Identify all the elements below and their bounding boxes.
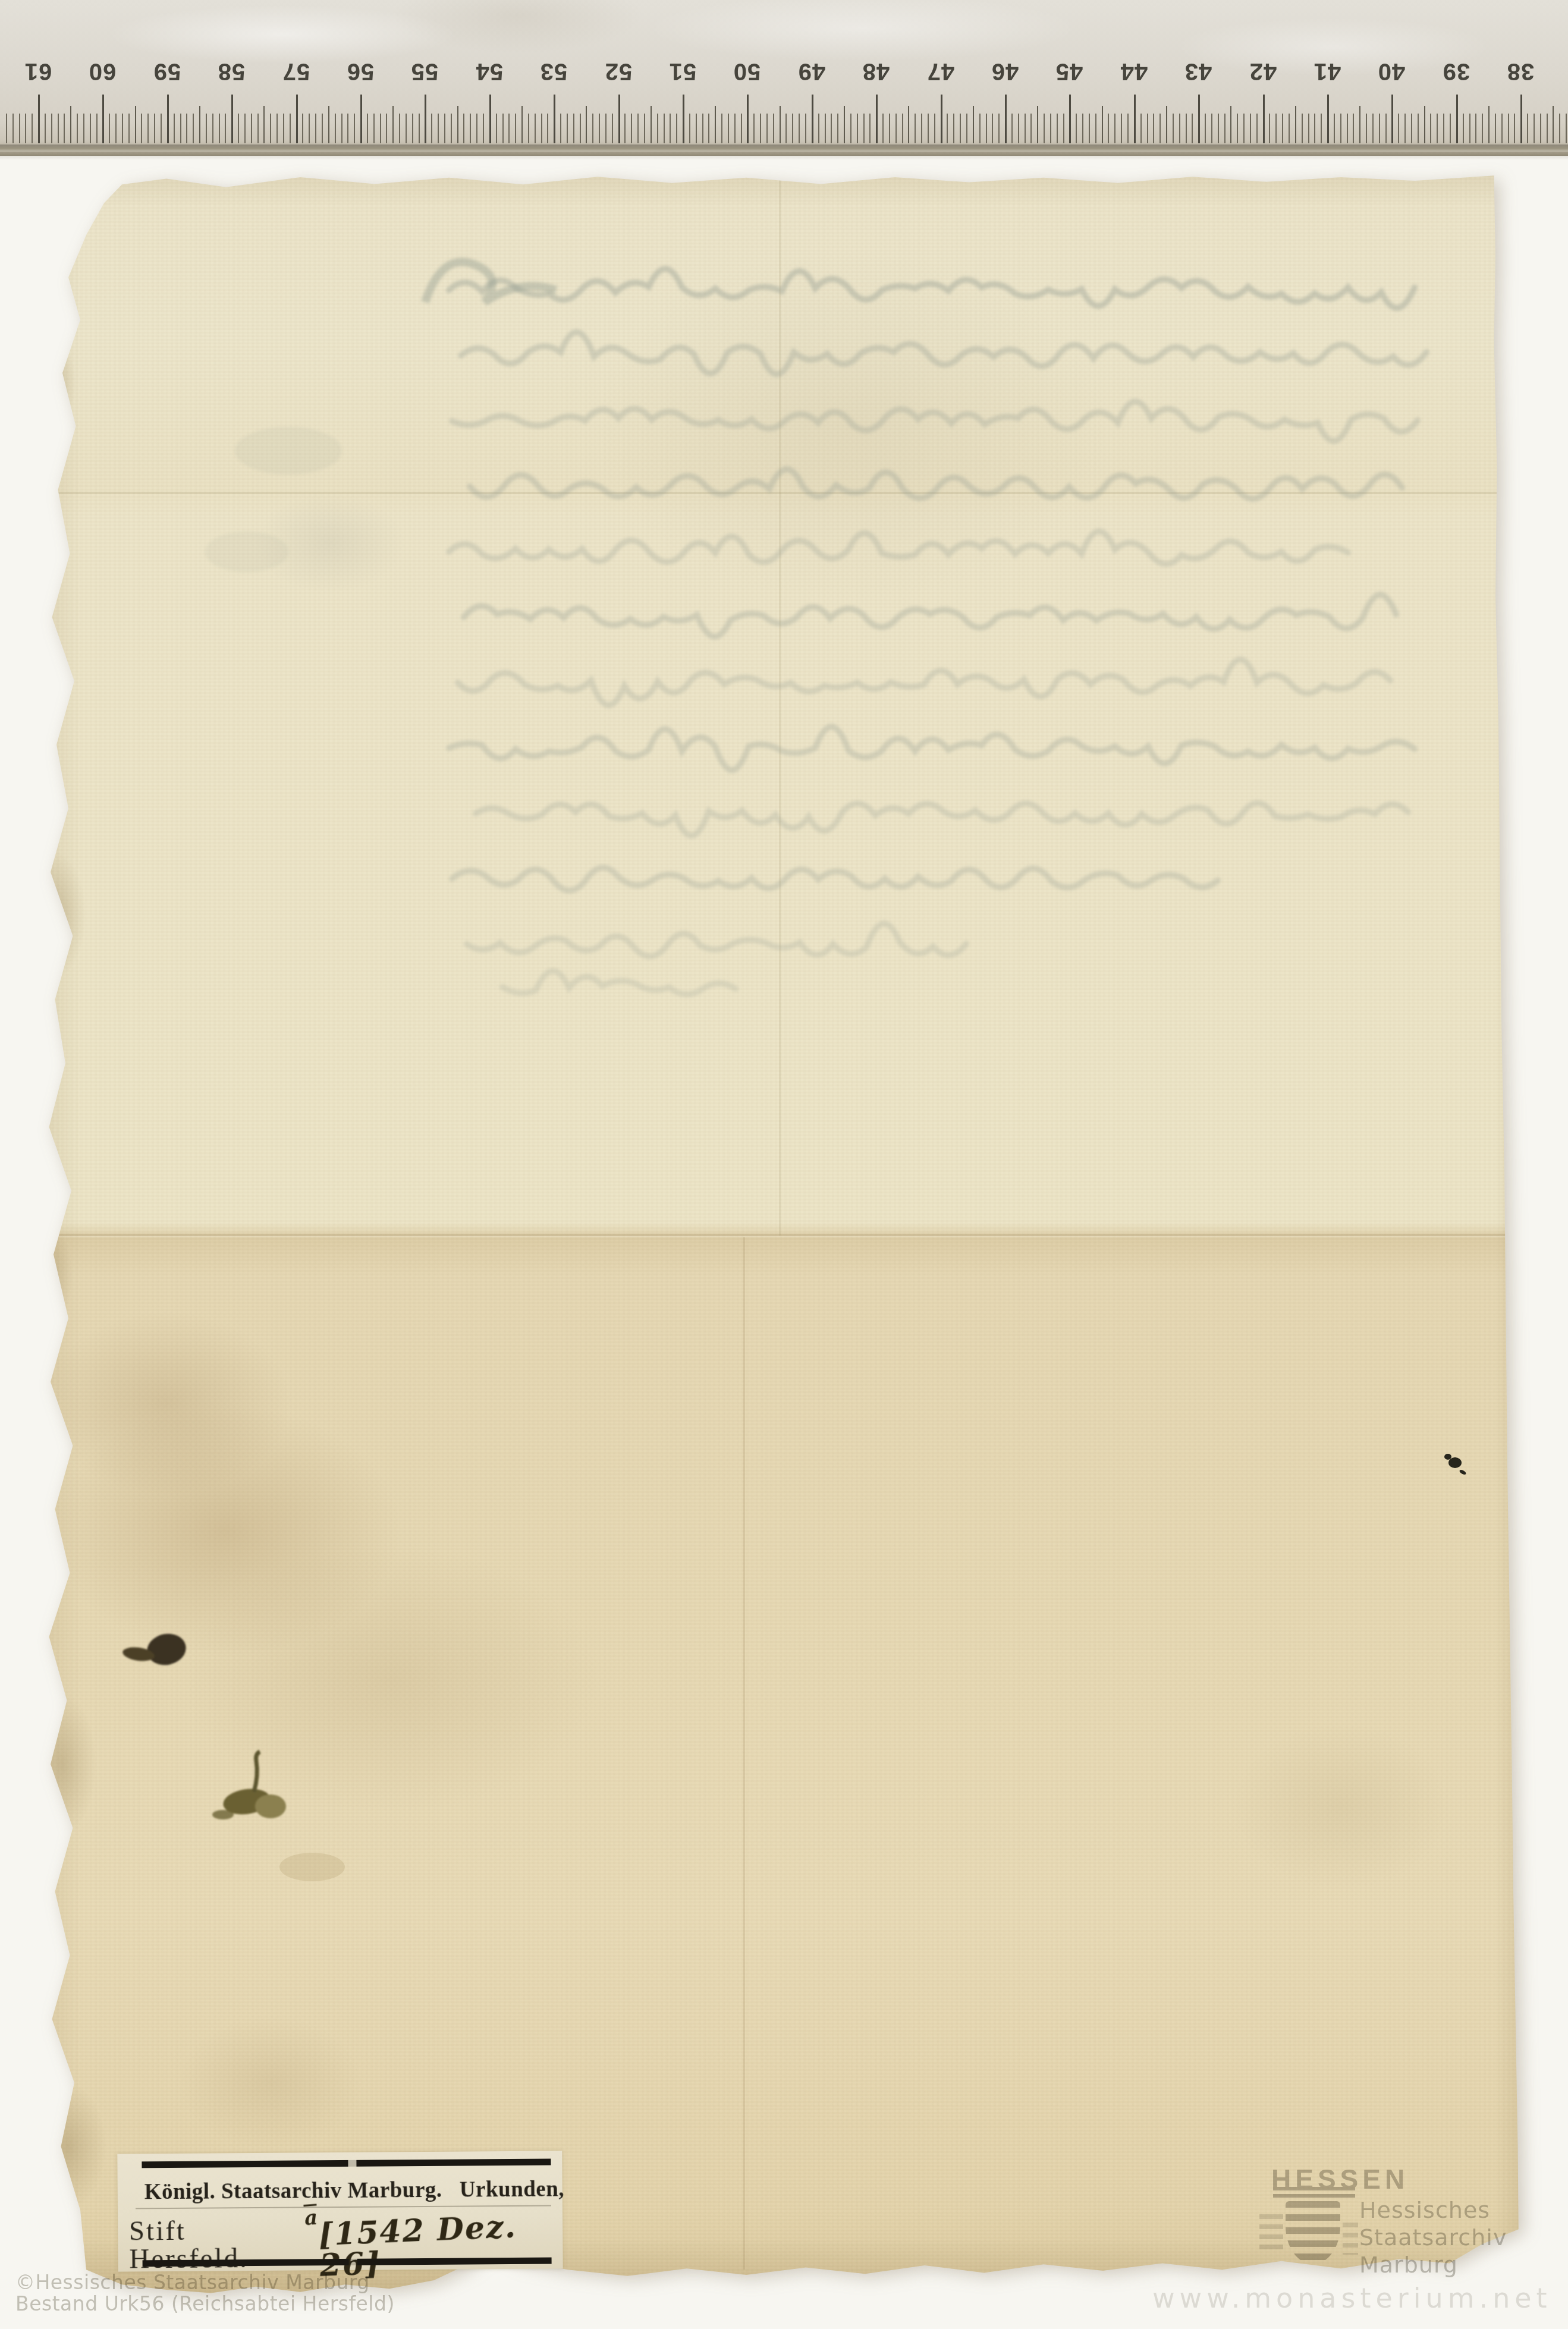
ruler-tick-minor (1495, 114, 1496, 143)
ruler-tick-minor (1547, 114, 1548, 143)
ruler-tick-minor (315, 114, 316, 143)
ruler-tick-half (1424, 106, 1425, 143)
ruler-bottom-edge (0, 144, 1568, 152)
ruler-tick-minor (902, 114, 903, 143)
ruler-tick-half (199, 106, 200, 143)
ruler-tick-minor (77, 114, 78, 143)
ruler-number: 54 (476, 59, 504, 83)
ruler-tick-minor (1282, 114, 1283, 143)
ruler-tick-minor (45, 114, 46, 143)
ruler-tick-half (908, 106, 909, 143)
ruler-tick-minor (186, 114, 187, 143)
ruler-tick-minor (115, 114, 117, 143)
ruler-tick-major (360, 95, 362, 143)
paper-sheet (33, 171, 1519, 2295)
ruler-tick-half (1488, 106, 1490, 143)
ruler-tick-minor (19, 114, 20, 143)
ruler-scale: 6160595857565554535251504948474645444342… (0, 0, 1568, 156)
ruler-tick-minor (612, 114, 613, 143)
ruler-tick-minor (1566, 114, 1567, 143)
ruler-number: 50 (733, 59, 761, 83)
scanned-charter-page: Königl. Staatsarchiv Marburg. Urkunden, … (0, 0, 1568, 2329)
ruler-tick-minor (470, 114, 471, 143)
archive-name-line: Staatsarchiv (1359, 2224, 1507, 2251)
ruler-number: 56 (347, 59, 375, 83)
ruler-tick-major (167, 95, 169, 143)
ruler-tick-minor (1430, 114, 1431, 143)
ruler-tick-major (425, 95, 426, 143)
ruler-tick-minor (444, 114, 445, 143)
label-handwritten-superscript: a (304, 2208, 319, 2229)
ruler-number: 45 (1055, 59, 1083, 83)
ruler-number: 47 (926, 59, 954, 83)
ruler-tick-minor (637, 114, 639, 143)
ruler-tick-minor (1340, 114, 1341, 143)
ruler-tick-minor (406, 114, 407, 143)
ruler-tick-minor (141, 114, 142, 143)
ruler-tick-minor (1140, 114, 1142, 143)
ruler-tick-minor (380, 114, 381, 143)
ruler-number: 52 (604, 59, 632, 83)
ruler-tick-half (586, 106, 587, 143)
ruler-tick-minor (1011, 114, 1013, 143)
ruler-tick-minor (270, 114, 271, 143)
ruler-tick-minor (818, 114, 819, 143)
ruler-tick-major (102, 95, 104, 143)
ruler-tick-minor (921, 114, 922, 143)
ruler-tick-major (1456, 95, 1458, 143)
ruler-tick-minor (947, 114, 948, 143)
ruler-tick-minor (825, 114, 826, 143)
archive-name-line: Marburg (1359, 2251, 1507, 2278)
ruler-tick-half (1553, 106, 1554, 143)
ruler-tick-minor (1308, 114, 1309, 143)
ruler-tick-minor (412, 114, 413, 143)
ruler-tick-minor (708, 114, 709, 143)
ruler-tick-minor (734, 114, 736, 143)
ruler-tick-minor (219, 114, 220, 143)
ruler-tick-major (38, 95, 40, 143)
ruler-tick-minor (463, 114, 464, 143)
ruler-tick-minor (915, 114, 916, 143)
ruler-tick-minor (1463, 114, 1464, 143)
ruler-tick-minor (741, 114, 742, 143)
copyright-line: ©Hessisches Staatsarchiv Marburg (15, 2273, 370, 2292)
ruler-tick-minor (1192, 114, 1193, 143)
ruler-tick-minor (605, 114, 607, 143)
ruler-tick-minor (528, 114, 529, 143)
ruler-tick-minor (1289, 114, 1290, 143)
ruler-tick-minor (341, 114, 342, 143)
ruler-tick-minor (766, 114, 768, 143)
ruler-tick-half (1359, 106, 1360, 143)
ruler-tick-minor (992, 114, 993, 143)
ruler-tick-minor (1540, 114, 1541, 143)
ruler-tick-minor (373, 114, 375, 143)
ruler-tick-minor (431, 114, 432, 143)
ruler-tick-minor (283, 114, 284, 143)
ruler-tick-half (328, 106, 329, 143)
ruler-tick-minor (1366, 114, 1367, 143)
ruler-tick-minor (1243, 114, 1245, 143)
archive-label: Königl. Staatsarchiv Marburg. Urkunden, … (117, 2151, 563, 2271)
ruler-tick-minor (419, 114, 420, 143)
ruler-tick-minor (1321, 114, 1322, 143)
ruler-number: 53 (540, 59, 568, 83)
ruler-number: 44 (1120, 59, 1148, 83)
ruler-tick-minor (1501, 114, 1503, 143)
ruler-tick-minor (1559, 114, 1560, 143)
ruler-tick-minor (785, 114, 787, 143)
ruler-tick-minor (1353, 114, 1354, 143)
ruler-tick-minor (1269, 114, 1270, 143)
ruler-tick-major (554, 95, 555, 143)
ruler-tick-minor (689, 114, 690, 143)
ruler-tick-minor (805, 114, 806, 143)
ruler-tick-minor (664, 114, 665, 143)
ruler-tick-minor (244, 114, 246, 143)
ruler-tick-half (1295, 106, 1296, 143)
ruler-tick-minor (1089, 114, 1090, 143)
ruler-tick-major (876, 95, 878, 143)
ruler-tick-major (1520, 95, 1522, 143)
ruler-tick-minor (257, 114, 259, 143)
ruler-tick-minor (831, 114, 832, 143)
ruler-tick-major (1134, 95, 1136, 143)
ruler-tick-half (1166, 106, 1167, 143)
ruler-tick-minor (399, 114, 400, 143)
ruler-number: 59 (153, 59, 181, 83)
ruler-tick-major (1263, 95, 1265, 143)
ruler-tick-minor (1025, 114, 1026, 143)
hessen-watermark: HESSEN Hessisches Staatsarchiv Marburg (1271, 2165, 1509, 2293)
ruler-tick-minor (451, 114, 452, 143)
ruler-tick-minor (934, 114, 935, 143)
ruler-tick-minor (1527, 114, 1528, 143)
ruler-number: 38 (1507, 59, 1535, 83)
ruler-tick-minor (1256, 114, 1258, 143)
ruler-tick-minor (1108, 114, 1109, 143)
ruler-number: 49 (798, 59, 826, 83)
ruler-tick-major (1005, 95, 1007, 143)
ink-speck-bottom (577, 2279, 590, 2287)
ruler-tick-half (521, 106, 523, 143)
ruler-tick-minor (1205, 114, 1206, 143)
ruler-tick-minor (109, 114, 110, 143)
ruler-tick-minor (25, 114, 26, 143)
ruler-tick-minor (1153, 114, 1154, 143)
ruler-tick-minor (1469, 114, 1470, 143)
ruler-tick-major (489, 95, 491, 143)
ruler-tick-minor (1314, 114, 1315, 143)
ruler-tick-minor (773, 114, 774, 143)
ruler-tick-half (135, 106, 136, 143)
ruler-tick-minor (541, 114, 542, 143)
ruler-tick-minor (502, 114, 504, 143)
ruler-tick-minor (1179, 114, 1180, 143)
ruler-tick-minor (206, 114, 207, 143)
ruler-tick-minor (1250, 114, 1251, 143)
ruler-tick-minor (1437, 114, 1438, 143)
ruler-tick-minor (508, 114, 510, 143)
ruler-shadow (0, 152, 1568, 160)
ruler-number: 48 (862, 59, 890, 83)
ruler-tick-minor (1050, 114, 1051, 143)
ruler: 6160595857565554535251504948474645444342… (0, 0, 1568, 156)
ruler-tick-minor (1334, 114, 1335, 143)
ruler-tick-minor (1302, 114, 1303, 143)
ruler-tick-minor (1030, 114, 1032, 143)
ruler-tick-minor (1121, 114, 1122, 143)
ruler-tick-minor (1475, 114, 1476, 143)
ruler-tick-half (1102, 106, 1103, 143)
archive-name-line: Hessisches (1359, 2196, 1507, 2224)
ruler-tick-minor (354, 114, 355, 143)
ruler-tick-major (296, 95, 298, 143)
ruler-tick-minor (515, 114, 516, 143)
ruler-tick-half (263, 106, 265, 143)
ruler-tick-minor (1057, 114, 1058, 143)
ruler-tick-minor (128, 114, 130, 143)
ruler-tick-half (457, 106, 458, 143)
ruler-tick-minor (58, 114, 59, 143)
ruler-tick-half (844, 106, 845, 143)
ruler-tick-major (1327, 95, 1329, 143)
ruler-tick-minor (347, 114, 348, 143)
ruler-tick-minor (161, 114, 162, 143)
ruler-tick-major (231, 95, 233, 143)
hessen-stripe-stub-right-icon (1343, 2223, 1358, 2255)
ruler-tick-major (1198, 95, 1200, 143)
monasterium-watermark: www.monasterium.net (1152, 2284, 1552, 2312)
ruler-tick-minor (122, 114, 123, 143)
ruler-tick-minor (986, 114, 987, 143)
ruler-tick-major (618, 95, 620, 143)
ruler-number: 46 (991, 59, 1019, 83)
ruler-tick-minor (728, 114, 729, 143)
ruler-tick-minor (850, 114, 851, 143)
ruler-tick-minor (154, 114, 155, 143)
ruler-tick-minor (1385, 114, 1387, 143)
ruler-tick-minor (535, 114, 536, 143)
ruler-tick-minor (1411, 114, 1412, 143)
ruler-tick-minor (32, 114, 33, 143)
ruler-tick-minor (276, 114, 278, 143)
ruler-tick-minor (1147, 114, 1148, 143)
ruler-tick-minor (1018, 114, 1019, 143)
ruler-tick-half (70, 106, 71, 143)
ruler-tick-minor (1450, 114, 1451, 143)
ruler-tick-minor (857, 114, 858, 143)
ruler-tick-minor (1044, 114, 1045, 143)
ruler-number: 61 (24, 59, 52, 83)
ruler-tick-minor (799, 114, 800, 143)
ruler-number: 42 (1249, 59, 1277, 83)
torn-edge-shading (33, 171, 1519, 2295)
ruler-tick-minor (657, 114, 658, 143)
ruler-tick-minor (979, 114, 981, 143)
ruler-tick-minor (1127, 114, 1129, 143)
ruler-tick-minor (895, 114, 897, 143)
ruler-number: 60 (89, 59, 117, 83)
ruler-tick-half (780, 106, 781, 143)
ruler-tick-minor (792, 114, 793, 143)
ruler-tick-minor (960, 114, 961, 143)
ruler-tick-minor (869, 114, 871, 143)
ruler-tick-major (747, 95, 749, 143)
ruler-tick-minor (1275, 114, 1277, 143)
ruler-tick-minor (631, 114, 632, 143)
ruler-tick-minor (476, 114, 477, 143)
ruler-number: 39 (1443, 59, 1470, 83)
ruler-tick-minor (12, 114, 14, 143)
hessen-shield-icon (1286, 2201, 1340, 2264)
ruler-tick-minor (998, 114, 1000, 143)
ruler-tick-minor (721, 114, 722, 143)
ruler-tick-minor (1186, 114, 1187, 143)
ruler-tick-half (715, 106, 716, 143)
ruler-tick-minor (1534, 114, 1535, 143)
ruler-tick-minor (547, 114, 548, 143)
ruler-tick-minor (753, 114, 755, 143)
label-divider-rule (136, 2205, 551, 2209)
ruler-tick-minor (760, 114, 761, 143)
ruler-tick-minor (174, 114, 175, 143)
label-archive-name: Königl. Staatsarchiv Marburg. Urkunden, (144, 2179, 549, 2204)
ruler-number: 43 (1184, 59, 1212, 83)
ruler-tick-minor (83, 114, 84, 143)
ruler-tick-minor (6, 114, 7, 143)
ruler-tick-minor (1211, 114, 1212, 143)
ruler-tick-minor (837, 114, 838, 143)
ruler-tick-minor (592, 114, 593, 143)
ruler-tick-minor (882, 114, 884, 143)
ruler-tick-minor (322, 114, 323, 143)
ruler-tick-minor (1418, 114, 1419, 143)
ruler-tick-minor (1347, 114, 1348, 143)
ruler-tick-minor (696, 114, 697, 143)
ruler-tick-minor (863, 114, 865, 143)
ruler-tick-minor (51, 114, 52, 143)
ruler-tick-minor (193, 114, 194, 143)
ruler-tick-minor (302, 114, 303, 143)
ruler-number: 57 (282, 59, 310, 83)
ruler-tick-minor (1095, 114, 1096, 143)
ruler-tick-minor (1482, 114, 1483, 143)
ruler-tick-major (1391, 95, 1393, 143)
ruler-tick-minor (1404, 114, 1406, 143)
ruler-tick-minor (238, 114, 239, 143)
ruler-tick-minor (1082, 114, 1083, 143)
ruler-number: 41 (1314, 59, 1341, 83)
ruler-tick-minor (928, 114, 929, 143)
ruler-tick-minor (1508, 114, 1509, 143)
ruler-tick-minor (496, 114, 497, 143)
ruler-tick-minor (212, 114, 213, 143)
ruler-tick-minor (953, 114, 954, 143)
archive-name-watermark: Hessisches Staatsarchiv Marburg (1359, 2196, 1507, 2278)
ruler-tick-minor (386, 114, 387, 143)
ruler-number: 40 (1378, 59, 1406, 83)
ruler-tick-minor (251, 114, 252, 143)
ruler-tick-minor (573, 114, 574, 143)
ruler-tick-minor (1173, 114, 1174, 143)
label-signature-row: Stift Hersfeld. a [1542 Dez. 26] (129, 2211, 554, 2276)
ruler-tick-minor (1372, 114, 1374, 143)
ruler-number: 55 (411, 59, 439, 83)
ruler-tick-minor (147, 114, 149, 143)
ruler-tick-minor (1237, 114, 1238, 143)
ruler-tick-minor (90, 114, 91, 143)
ruler-tick-minor (64, 114, 65, 143)
ruler-tick-half (392, 106, 394, 143)
ruler-tick-minor (225, 114, 226, 143)
ruler-tick-minor (560, 114, 561, 143)
ruler-tick-minor (889, 114, 890, 143)
ruler-tick-minor (670, 114, 671, 143)
ruler-tick-minor (1514, 114, 1515, 143)
ruler-tick-minor (290, 114, 291, 143)
ruler-tick-half (973, 106, 974, 143)
ruler-tick-minor (1114, 114, 1115, 143)
ruler-tick-minor (599, 114, 600, 143)
ruler-number: 58 (218, 59, 246, 83)
ruler-tick-minor (335, 114, 336, 143)
ruler-tick-minor (309, 114, 310, 143)
ruler-tick-half (651, 106, 652, 143)
ruler-tick-minor (1379, 114, 1380, 143)
ruler-tick-minor (96, 114, 98, 143)
ruler-tick-minor (702, 114, 703, 143)
ruler-tick-minor (1224, 114, 1226, 143)
ruler-tick-minor (1063, 114, 1064, 143)
ruler-tick-minor (580, 114, 581, 143)
ruler-tick-minor (483, 114, 484, 143)
ruler-tick-minor (1218, 114, 1219, 143)
ruler-tick-major (941, 95, 942, 143)
ruler-tick-major (1069, 95, 1071, 143)
ruler-tick-minor (567, 114, 568, 143)
ruler-tick-minor (438, 114, 439, 143)
ruler-tick-major (683, 95, 684, 143)
ruler-tick-minor (624, 114, 626, 143)
hessen-stripe-stub-left-icon (1259, 2214, 1283, 2255)
ruler-tick-minor (367, 114, 368, 143)
fonds-line: Bestand Urk56 (Reichsabtei Hersfeld) (15, 2294, 395, 2314)
ruler-tick-minor (966, 114, 967, 143)
hessen-stripes-icon (1273, 2187, 1355, 2200)
ruler-tick-minor (644, 114, 645, 143)
ruler-tick-minor (676, 114, 677, 143)
ruler-tick-minor (1443, 114, 1444, 143)
ruler-tick-major (812, 95, 813, 143)
ruler-number: 51 (669, 59, 697, 83)
ruler-tick-minor (180, 114, 181, 143)
ruler-tick-minor (1159, 114, 1161, 143)
ruler-tick-minor (1398, 114, 1399, 143)
ruler-tick-half (1037, 106, 1038, 143)
ruler-tick-minor (1076, 114, 1077, 143)
ruler-tick-half (1230, 106, 1231, 143)
label-border-top (142, 2159, 551, 2168)
